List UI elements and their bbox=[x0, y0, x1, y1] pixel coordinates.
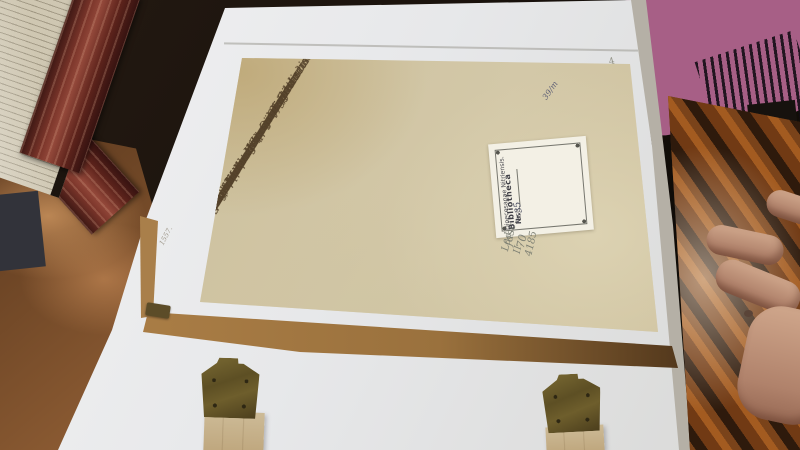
label-rotated-content: Bibliotheca Dioecesanae Nitriensis. Fasc… bbox=[497, 144, 586, 231]
dark-object-left-edge bbox=[0, 191, 46, 272]
fingernail-shadow bbox=[744, 310, 753, 317]
photo-scene: 4 Ego Paulus Abstemius dei et Apostolica… bbox=[0, 0, 800, 450]
label-nr-handwritten-value: 35 bbox=[513, 201, 525, 214]
library-label: Bibliotheca Dioecesanae Nitriensis. Fasc… bbox=[488, 136, 594, 238]
shelfmark-fascicle-line: fasc. 70 bbox=[501, 219, 532, 250]
